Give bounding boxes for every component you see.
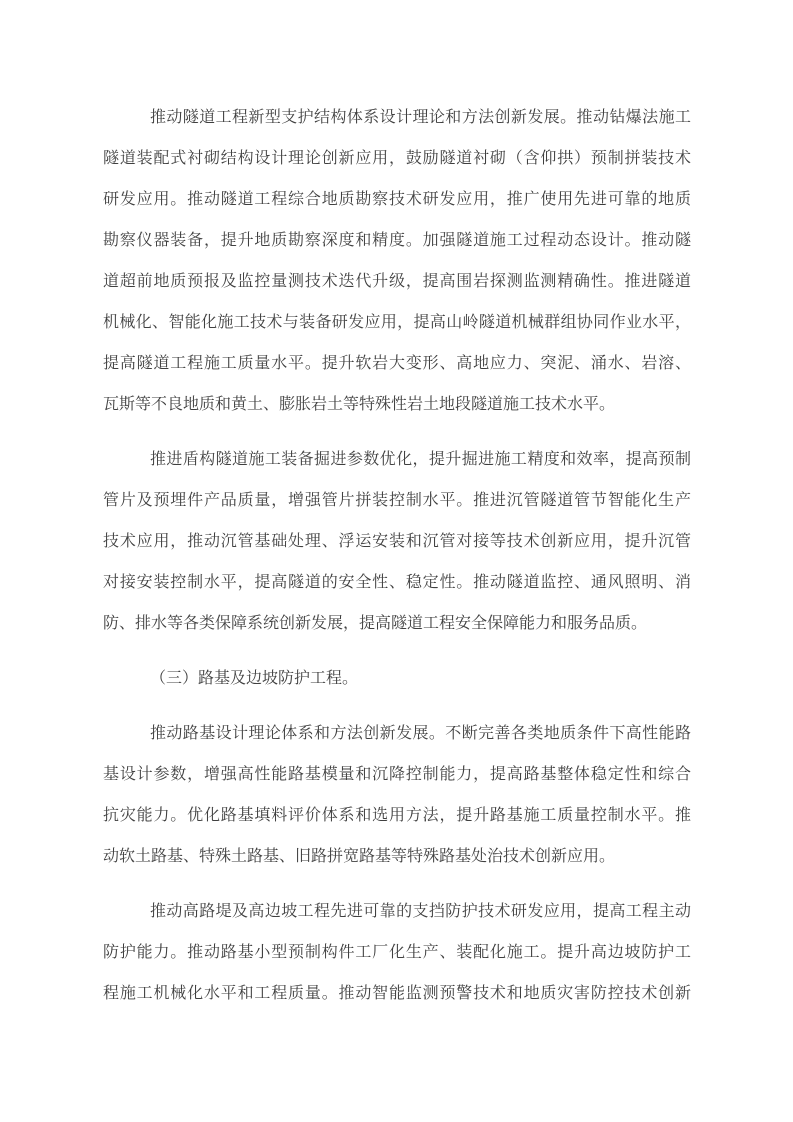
text-line: 道超前地质预报及监控量测技术迭代升级，提高围岩探测监测精确性。推进隧道 bbox=[103, 261, 691, 302]
text-line: 机械化、智能化施工技术与装备研发应用，提高山岭隧道机械群组协同作业水平， bbox=[103, 302, 691, 343]
paragraph: 推动隧道工程新型支护结构体系设计理论和方法创新发展。推动钻爆法施工 隧道装配式衬… bbox=[103, 97, 691, 425]
paragraph: 推动路基设计理论体系和方法创新发展。不断完善各类地质条件下高性能路 基设计参数，… bbox=[103, 713, 691, 877]
text-line: 技术应用，推动沉管基础处理、浮运安装和沉管对接等技术创新应用，提升沉管 bbox=[103, 521, 691, 562]
section-heading-text: （三）路基及边坡防护工程。 bbox=[103, 658, 691, 699]
text-line: 动软土路基、特殊土路基、旧路拼宽路基等特殊路基处治技术创新应用。 bbox=[103, 836, 691, 877]
text-line: 防护能力。推动路基小型预制构件工厂化生产、装配化施工。提升高边坡防护工 bbox=[103, 932, 691, 973]
text-line: 提高隧道工程施工质量水平。提升软岩大变形、高地应力、突泥、涌水、岩溶、 bbox=[103, 343, 691, 384]
paragraph: 推动高路堤及高边坡工程先进可靠的支挡防护技术研发应用，提高工程主动 防护能力。推… bbox=[103, 891, 691, 1014]
text-line: 推动路基设计理论体系和方法创新发展。不断完善各类地质条件下高性能路 bbox=[103, 713, 691, 754]
text-line: 隧道装配式衬砌结构设计理论创新应用，鼓励隧道衬砌（含仰拱）预制拼装技术 bbox=[103, 138, 691, 179]
text-line: 抗灾能力。优化路基填料评价体系和选用方法，提升路基施工质量控制水平。推 bbox=[103, 795, 691, 836]
text-line: 防、排水等各类保障系统创新发展，提高隧道工程安全保障能力和服务品质。 bbox=[103, 603, 691, 644]
text-line: 推进盾构隧道施工装备掘进参数优化，提升掘进施工精度和效率，提高预制 bbox=[103, 439, 691, 480]
text-line: 推动隧道工程新型支护结构体系设计理论和方法创新发展。推动钻爆法施工 bbox=[103, 97, 691, 138]
paragraph: 推进盾构隧道施工装备掘进参数优化，提升掘进施工精度和效率，提高预制 管片及预埋件… bbox=[103, 439, 691, 644]
text-line: 推动高路堤及高边坡工程先进可靠的支挡防护技术研发应用，提高工程主动 bbox=[103, 891, 691, 932]
text-line: 研发应用。推动隧道工程综合地质勘察技术研发应用，推广使用先进可靠的地质 bbox=[103, 179, 691, 220]
section-heading: （三）路基及边坡防护工程。 bbox=[103, 658, 691, 699]
text-line: 瓦斯等不良地质和黄土、膨胀岩土等特殊性岩土地段隧道施工技术水平。 bbox=[103, 384, 691, 425]
text-line: 程施工机械化水平和工程质量。推动智能监测预警技术和地质灾害防控技术创新 bbox=[103, 973, 691, 1014]
text-line: 勘察仪器装备，提升地质勘察深度和精度。加强隧道施工过程动态设计。推动隧 bbox=[103, 220, 691, 261]
text-content: 推动隧道工程新型支护结构体系设计理论和方法创新发展。推动钻爆法施工 隧道装配式衬… bbox=[103, 97, 691, 1028]
text-line: 管片及预埋件产品质量，增强管片拼装控制水平。推进沉管隧道管节智能化生产 bbox=[103, 480, 691, 521]
text-line: 对接安装控制水平，提高隧道的安全性、稳定性。推动隧道监控、通风照明、消 bbox=[103, 562, 691, 603]
text-line: 基设计参数，增强高性能路基模量和沉降控制能力，提高路基整体稳定性和综合 bbox=[103, 754, 691, 795]
document-page: { "page": { "background_color": "#ffffff… bbox=[0, 0, 793, 1122]
